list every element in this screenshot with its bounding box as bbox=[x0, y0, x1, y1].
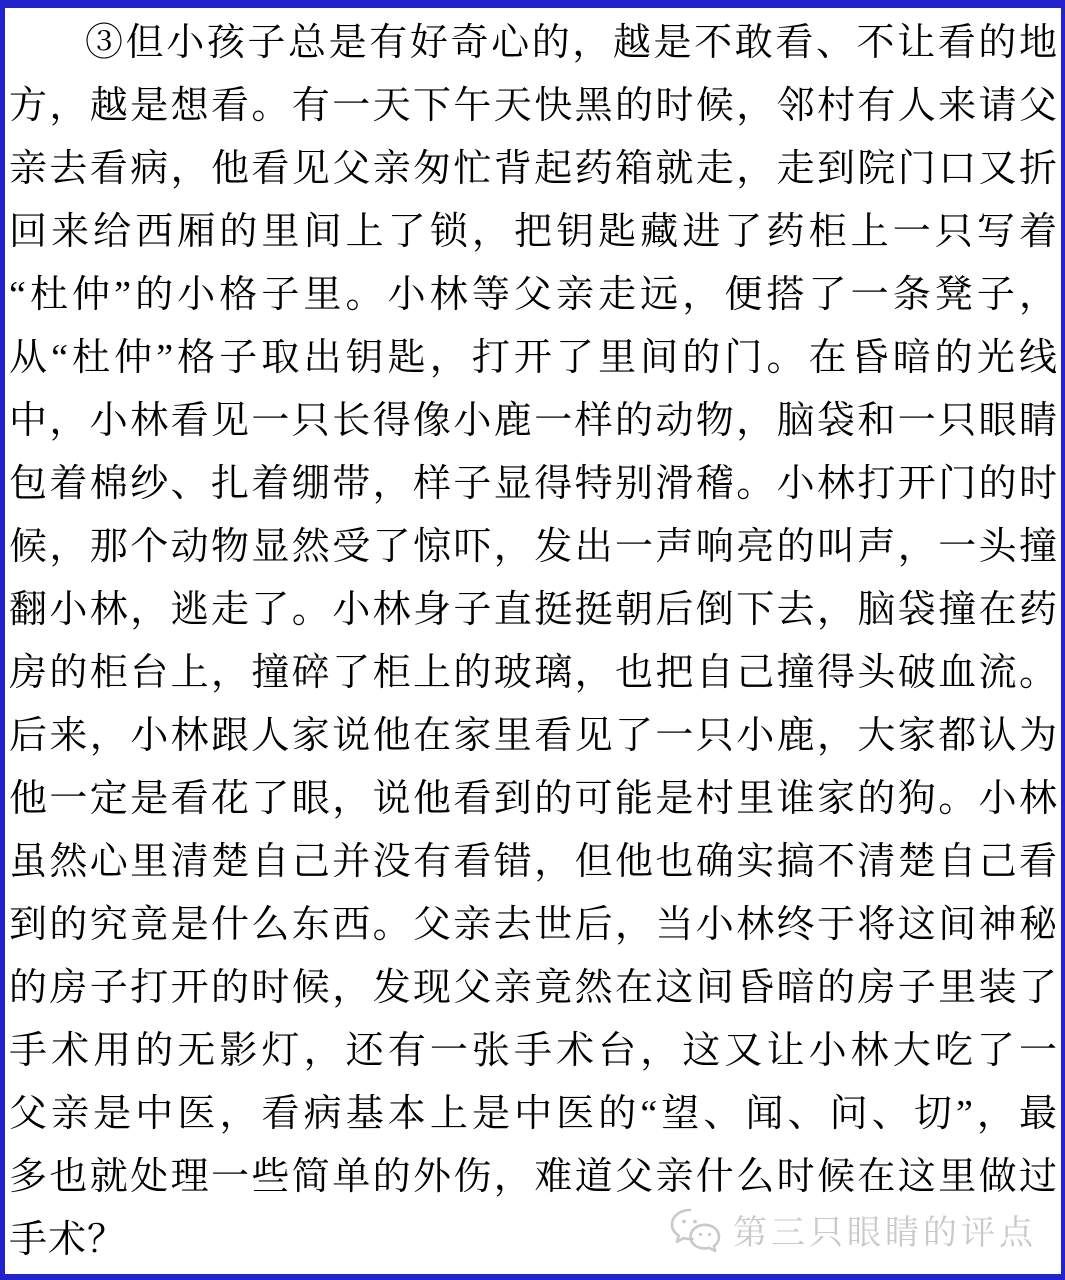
text-line: 中，小林看见一只长得像小鹿一样的动物，脑袋和一只眼睛 bbox=[9, 390, 1058, 453]
text-line: 的房子打开的时候，发现父亲竟然在这间昏暗的房子里装了 bbox=[9, 957, 1058, 1020]
text-line: 他一定是看花了眼，说他看到的可能是村里谁家的狗。小林 bbox=[9, 768, 1058, 831]
text-line: “杜仲”的小格子里。小林等父亲走远，便搭了一条凳子， bbox=[9, 264, 1058, 327]
text-line: 到的究竟是什么东西。父亲去世后，当小林终于将这间神秘 bbox=[9, 894, 1058, 957]
text-line: 候，那个动物显然受了惊吓，发出一声响亮的叫声，一头撞 bbox=[9, 516, 1058, 579]
text-line: 翻小林，逃走了。小林身子直挺挺朝后倒下去，脑袋撞在药 bbox=[9, 579, 1058, 642]
text-line: 手术用的无影灯，还有一张手术台，这又让小林大吃了一惊。 bbox=[9, 1020, 1058, 1083]
text-line: 虽然心里清楚自己并没有看错，但他也确实搞不清楚自己看 bbox=[9, 831, 1058, 894]
text-line: 回来给西厢的里间上了锁，把钥匙藏进了药柜上一只写着 bbox=[9, 201, 1058, 264]
document-page: ③但小孩子总是有好奇心的，越是不敢看、不让看的地 方，越是想看。有一天下午天快黑… bbox=[0, 0, 1065, 1280]
text-line: 从“杜仲”格子取出钥匙，打开了里间的门。在昏暗的光线 bbox=[9, 327, 1058, 390]
text-line: 父亲是中医，看病基本上是中医的“望、闻、问、切”，最 bbox=[9, 1083, 1058, 1146]
text-line: 房的柜台上，撞碎了柜上的玻璃，也把自己撞得头破血流。 bbox=[9, 642, 1058, 705]
text-line: 后来，小林跟人家说他在家里看见了一只小鹿，大家都认为 bbox=[9, 705, 1058, 768]
text-line: 方，越是想看。有一天下午天快黑的时候，邻村有人来请父 bbox=[9, 75, 1058, 138]
paragraph-3: ③但小孩子总是有好奇心的，越是不敢看、不让看的地 方，越是想看。有一天下午天快黑… bbox=[5, 8, 1061, 1272]
text-line: ③但小孩子总是有好奇心的，越是不敢看、不让看的地 bbox=[9, 12, 1058, 75]
text-line: 多也就处理一些简单的外伤，难道父亲什么时候在这里做过 bbox=[9, 1146, 1058, 1209]
text-line: 亲去看病，他看见父亲匆忙背起药箱就走，走到院门口又折 bbox=[9, 138, 1058, 201]
wechat-icon bbox=[669, 1207, 723, 1253]
watermark: 第三只眼睛的评点 bbox=[669, 1205, 1037, 1254]
watermark-label: 第三只眼睛的评点 bbox=[733, 1205, 1037, 1254]
text-line: 包着棉纱、扎着绷带，样子显得特别滑稽。小林打开门的时 bbox=[9, 453, 1058, 516]
